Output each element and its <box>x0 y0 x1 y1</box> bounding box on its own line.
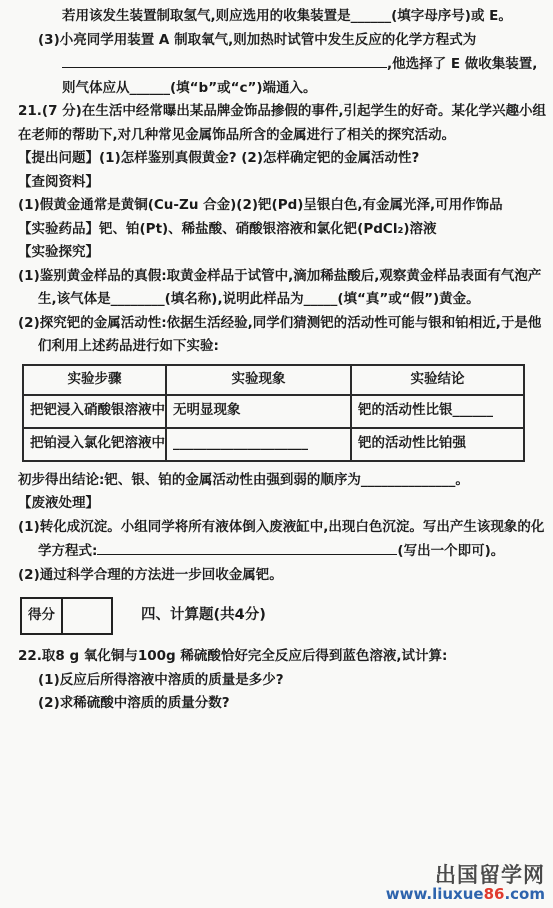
table-header-row: 实验步骤 实验现象 实验结论 <box>23 365 524 395</box>
score-box-empty-cell <box>63 599 111 633</box>
url-prefix: www.liuxue <box>386 885 484 903</box>
q22-part2: (2)求稀硫酸中溶质的质量分数? <box>0 692 553 716</box>
waste-label: 【废液处理】 <box>18 495 99 511</box>
table-row: 把钯浸入硝酸银溶液中 无明显现象 钯的活动性比银______ <box>23 395 524 428</box>
q22-stem: 22.取8 g 氧化铜与100g 稀硫酸恰好完全反应后得到蓝色溶液,试计算: <box>0 645 553 669</box>
q21-waste2-line: (2)通过科学合理的方法进一步回收金属钯。 <box>0 564 553 588</box>
q21-conclusion-line: 初步得出结论:钯、银、铂的金属活动性由强到弱的顺序为______________… <box>0 469 553 493</box>
q21-explore2-line1: (2)探究钯的金属活动性:依据生活经验,同学们猜测钯的活动性可能与银和铂相近,于… <box>0 312 553 336</box>
col-header-steps: 实验步骤 <box>23 365 166 395</box>
site-url: www.liuxue86.com <box>386 886 545 903</box>
q22-part1: (1)反应后所得溶液中溶质的质量是多少? <box>0 669 553 693</box>
col-header-conclusion: 实验结论 <box>351 365 524 395</box>
score-box-label: 得分 <box>22 599 63 633</box>
q20-line3-suffix: ,他选择了 E 做收集装置, <box>387 56 537 72</box>
ask-question-text: (1)怎样鉴别真假黄金? (2)怎样确定钯的金属活动性? <box>99 150 419 166</box>
section4-header-row: 得分 四、计算题(共4分) <box>20 596 553 636</box>
q21-explore1-line2: 生,该气体是________(填名称),说明此样品为_____(填“真”或“假”… <box>0 288 553 312</box>
site-watermark: 出国留学网 www.liuxue86.com <box>386 864 545 902</box>
score-box: 得分 <box>20 597 113 635</box>
q20-line2: (3)小亮同学用装置 A 制取氧气,则加热时试管中发生反应的化学方程式为 <box>0 29 553 53</box>
row2-phenomenon: ____________________ <box>166 428 351 461</box>
q21-reagents-line: 【实验药品】钯、铂(Pt)、稀盐酸、硝酸银溶液和氯化钯(PdCl₂)溶液 <box>0 218 553 242</box>
col-header-phenomenon: 实验现象 <box>166 365 351 395</box>
waste-equation-blank <box>97 539 397 555</box>
q21-waste-label-line: 【废液处理】 <box>0 492 553 516</box>
reference-label: 【查阅资料】 <box>18 174 99 190</box>
row1-conclusion: 钯的活动性比银______ <box>351 395 524 428</box>
explore-label: 【实验探究】 <box>18 244 99 260</box>
q20-line3: ,他选择了 E 做收集装置, <box>0 52 553 77</box>
q21-reference-line: 【查阅资料】 <box>0 171 553 195</box>
q21-waste1-line2: 学方程式:(写出一个即可)。 <box>0 539 553 564</box>
q21-explore1-line1: (1)鉴别黄金样品的真假:取黄金样品于试管中,滴加稀盐酸后,观察黄金样品表面有气… <box>0 265 553 289</box>
waste-equation-suffix: (写出一个即可)。 <box>397 543 504 559</box>
row1-step: 把钯浸入硝酸银溶液中 <box>23 395 166 428</box>
reagents-text: 钯、铂(Pt)、稀盐酸、硝酸银溶液和氯化钯(PdCl₂)溶液 <box>99 221 437 237</box>
q21-waste1-line1: (1)转化成沉淀。小组同学将所有液体倒入废液缸中,出现白色沉淀。写出产生该现象的… <box>0 516 553 540</box>
url-86: 86 <box>484 885 505 903</box>
reagents-label: 【实验药品】 <box>18 221 99 237</box>
row2-conclusion: 钯的活动性比铂强 <box>351 428 524 461</box>
q21-ask-line: 【提出问题】(1)怎样鉴别真假黄金? (2)怎样确定钯的金属活动性? <box>0 147 553 171</box>
q21-intro-line1: 21.(7 分)在生活中经常曝出某品牌金饰品掺假的事件,引起学生的好奇。某化学兴… <box>0 100 553 124</box>
q20-line1: 若用该发生装置制取氢气,则应选用的收集装置是______(填字母序号)或 E。 <box>0 5 553 29</box>
ask-question-label: 【提出问题】 <box>18 150 99 166</box>
url-suffix: .com <box>504 885 545 903</box>
row1-phenomenon: 无明显现象 <box>166 395 351 428</box>
q21-reference-text: (1)假黄金通常是黄铜(Cu-Zu 合金)(2)钯(Pd)呈银白色,有金属光泽,… <box>0 194 553 218</box>
experiment-table: 实验步骤 实验现象 实验结论 把钯浸入硝酸银溶液中 无明显现象 钯的活动性比银_… <box>22 364 525 462</box>
section4-title: 四、计算题(共4分) <box>141 604 266 628</box>
q21-explore2-line2: 们利用上述药品进行如下实验: <box>0 335 553 359</box>
row2-step: 把铂浸入氯化钯溶液中 <box>23 428 166 461</box>
waste-equation-prefix: 学方程式: <box>38 543 97 559</box>
table-row: 把铂浸入氯化钯溶液中 ____________________ 钯的活动性比铂强 <box>23 428 524 461</box>
q20-line4: 则气体应从______(填“b”或“c”)端通入。 <box>0 77 553 101</box>
equation-answer-blank <box>62 52 387 68</box>
q21-intro-line2: 在老师的帮助下,对几种常见金属饰品所含的金属进行了相关的探究活动。 <box>0 124 553 148</box>
q21-explore-label-line: 【实验探究】 <box>0 241 553 265</box>
exam-paper-page: 若用该发生装置制取氢气,则应选用的收集装置是______(填字母序号)或 E。 … <box>0 0 553 908</box>
